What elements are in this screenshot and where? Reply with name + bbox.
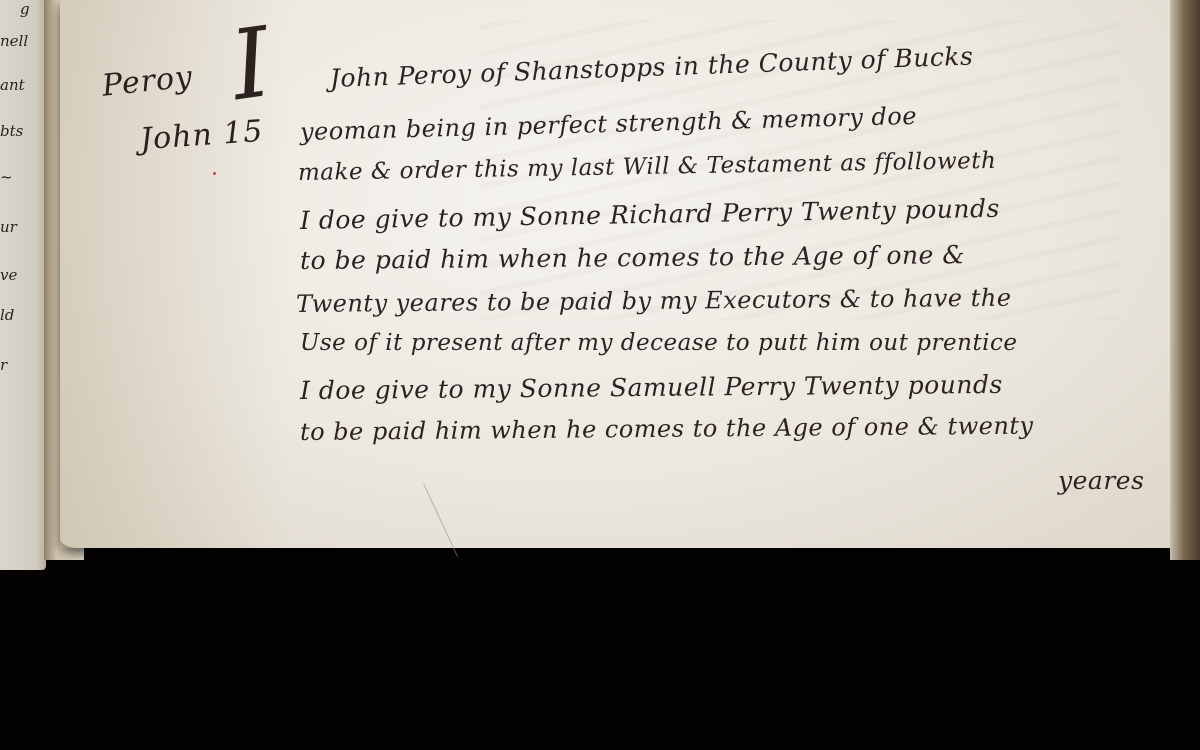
left-page-fragment: g [20, 0, 30, 18]
left-page-fragment: nell [0, 32, 28, 50]
left-page-fragment: ~ [0, 168, 13, 186]
left-page-fragment: ur [0, 218, 17, 236]
ink-speck [213, 172, 216, 175]
left-page-fragment: ve [0, 266, 17, 284]
left-page-fragment: ld [0, 306, 14, 324]
binding-edge [1170, 0, 1200, 560]
text-line-8: I doe give to my Sonne Samuell Perry Twe… [300, 370, 1003, 405]
left-page-fragment: bts [0, 122, 23, 140]
left-page-fragment: ant [0, 76, 25, 94]
paper-crease [423, 483, 459, 556]
text-line-5: to be paid him when he comes to the Age … [300, 240, 965, 275]
left-page-edge: g nell ant bts ~ ur ve ld r [0, 0, 46, 570]
text-line-7: Use of it present after my decease to pu… [300, 330, 1018, 356]
text-line-10: yeares [1058, 466, 1144, 495]
left-page-fragment: r [0, 356, 7, 374]
